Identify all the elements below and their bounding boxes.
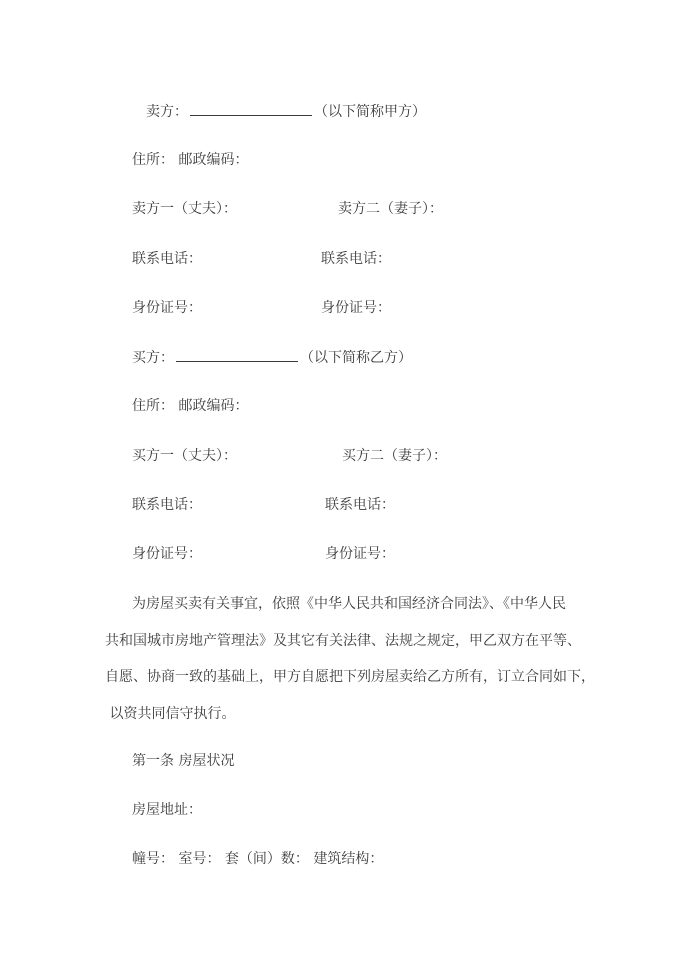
preamble-line: 自愿、协商一致的基础上，甲方自愿把下列房屋卖给乙方所有，订立合同如下， (105, 659, 625, 696)
seller2-id-label: 身份证号： (321, 298, 391, 318)
article1-title: 第一条 房屋状况 (132, 751, 234, 771)
buyer-line: 买方：（以下简称乙方） (132, 347, 412, 368)
seller-address-line: 住所： 邮政编码： (132, 150, 248, 170)
buyer1-id-label: 身份证号： (132, 546, 202, 562)
seller-suffix: （以下简称甲方） (314, 104, 426, 120)
seller-line: 卖方：（以下简称甲方） (146, 101, 426, 122)
preamble-line: 为房屋买卖有关事宜，依照《中华人民共和国经济合同法》、《中华人民 (105, 586, 625, 623)
buyer-suffix: （以下简称乙方） (300, 350, 412, 366)
document-page: 卖方：（以下简称甲方） 住所： 邮政编码： 卖方一（丈夫）： 卖方二（妻子）： … (0, 0, 690, 976)
seller1-label: 卖方一（丈夫）： (132, 201, 237, 217)
seller2-phone-label: 联系电话： (321, 249, 391, 269)
seller-name-blank[interactable] (190, 101, 312, 116)
preamble-line: 共和国城市房地产管理法》及其它有关法律、法规之规定，甲乙双方在平等、 (105, 623, 625, 660)
seller1-id-label: 身份证号： (132, 300, 202, 316)
buyer-phone-line: 联系电话： 联系电话： (132, 495, 632, 515)
buyer1-label: 买方一（丈夫）： (132, 448, 237, 464)
buyer-id-line: 身份证号： 身份证号： (132, 544, 632, 564)
buyer2-label: 买方二（妻子）： (342, 446, 447, 466)
seller-label: 卖方： (146, 104, 188, 120)
buyer1-phone-label: 联系电话： (132, 497, 202, 513)
buyer-label: 买方： (132, 350, 174, 366)
buyer-address-line: 住所： 邮政编码： (132, 396, 248, 416)
seller-phone-line: 联系电话： 联系电话： (132, 249, 632, 269)
buyer-name-blank[interactable] (176, 347, 298, 362)
article1-address-label: 房屋地址： (132, 800, 202, 820)
seller-spouses-line: 卖方一（丈夫）： 卖方二（妻子）： (132, 199, 632, 219)
buyer2-id-label: 身份证号： (325, 544, 395, 564)
preamble-line: 以资共同信守执行。 (105, 696, 625, 733)
seller1-phone-label: 联系电话： (132, 251, 202, 267)
seller-id-line: 身份证号： 身份证号： (132, 298, 632, 318)
article1-details-label: 幢号： 室号： 套（间）数： 建筑结构： (132, 849, 383, 869)
buyer-spouses-line: 买方一（丈夫）： 买方二（妻子）： (132, 446, 632, 466)
seller2-label: 卖方二（妻子）： (338, 199, 443, 219)
buyer2-phone-label: 联系电话： (325, 495, 395, 515)
preamble-paragraph: 为房屋买卖有关事宜，依照《中华人民共和国经济合同法》、《中华人民 共和国城市房地… (105, 586, 625, 732)
